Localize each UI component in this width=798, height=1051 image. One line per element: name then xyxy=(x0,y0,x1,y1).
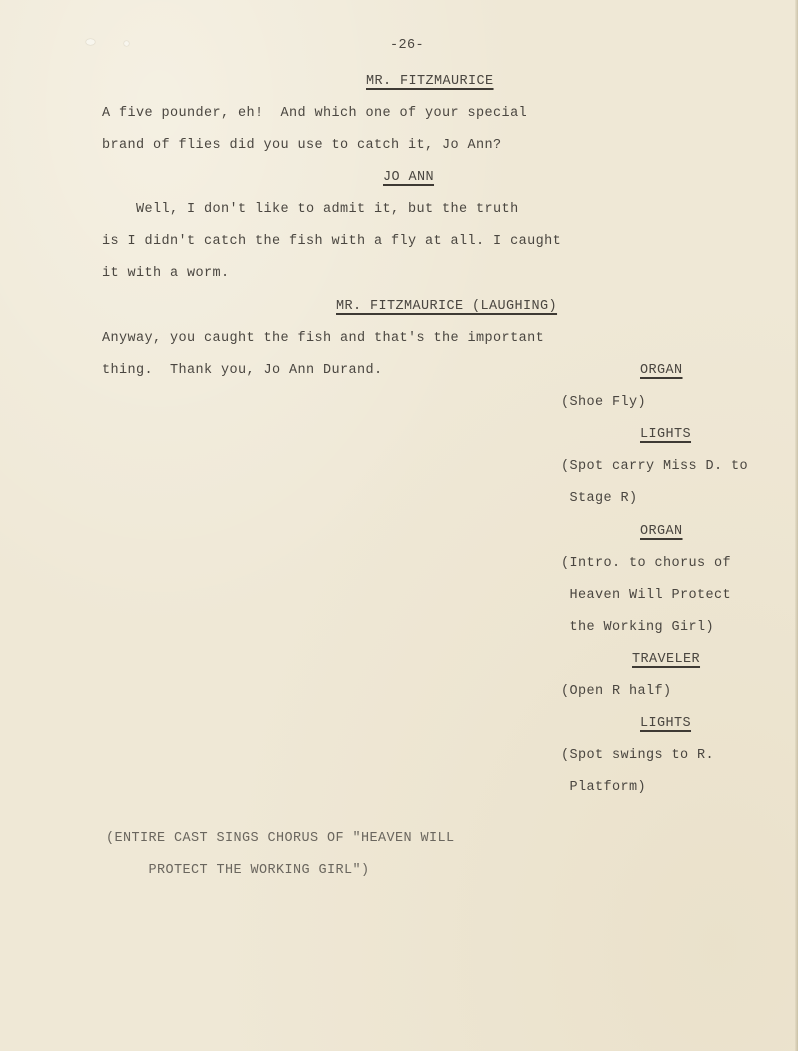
script-page: -26- MR. FITZMAURICE A five pounder, eh!… xyxy=(0,0,798,1051)
cue-line: Platform) xyxy=(561,780,646,796)
speaker-heading: JO ANN xyxy=(383,170,434,186)
stage-direction-line: PROTECT THE WORKING GIRL") xyxy=(106,863,370,879)
page-number: -26- xyxy=(390,38,424,54)
dialogue-line: brand of flies did you use to catch it, … xyxy=(102,138,502,154)
speaker-heading: MR. FITZMAURICE (LAUGHING) xyxy=(336,299,557,315)
cue-line: (Shoe Fly) xyxy=(561,395,646,411)
paper-speck xyxy=(86,39,95,45)
dialogue-line: thing. Thank you, Jo Ann Durand. xyxy=(102,363,383,379)
cue-line: Stage R) xyxy=(561,491,638,507)
speaker-heading: MR. FITZMAURICE xyxy=(366,74,494,90)
cue-heading: TRAVELER xyxy=(632,652,700,668)
cue-line: (Intro. to chorus of xyxy=(561,556,731,572)
cue-heading: ORGAN xyxy=(640,363,683,379)
dialogue-line: Anyway, you caught the fish and that's t… xyxy=(102,331,544,347)
paper-speck xyxy=(124,41,129,46)
dialogue-line: it with a worm. xyxy=(102,266,230,282)
cue-line: the Working Girl) xyxy=(561,620,714,636)
dialogue-line: Well, I don't like to admit it, but the … xyxy=(102,202,519,218)
cue-line: (Open R half) xyxy=(561,684,672,700)
cue-line: (Spot swings to R. xyxy=(561,748,714,764)
cue-line: (Spot carry Miss D. to xyxy=(561,459,748,475)
cue-heading: ORGAN xyxy=(640,524,683,540)
cue-line: Heaven Will Protect xyxy=(561,588,731,604)
cue-heading: LIGHTS xyxy=(640,716,691,732)
stage-direction-line: (ENTIRE CAST SINGS CHORUS OF "HEAVEN WIL… xyxy=(106,831,455,847)
dialogue-line: A five pounder, eh! And which one of you… xyxy=(102,106,527,122)
dialogue-line: is I didn't catch the fish with a fly at… xyxy=(102,234,561,250)
cue-heading: LIGHTS xyxy=(640,427,691,443)
